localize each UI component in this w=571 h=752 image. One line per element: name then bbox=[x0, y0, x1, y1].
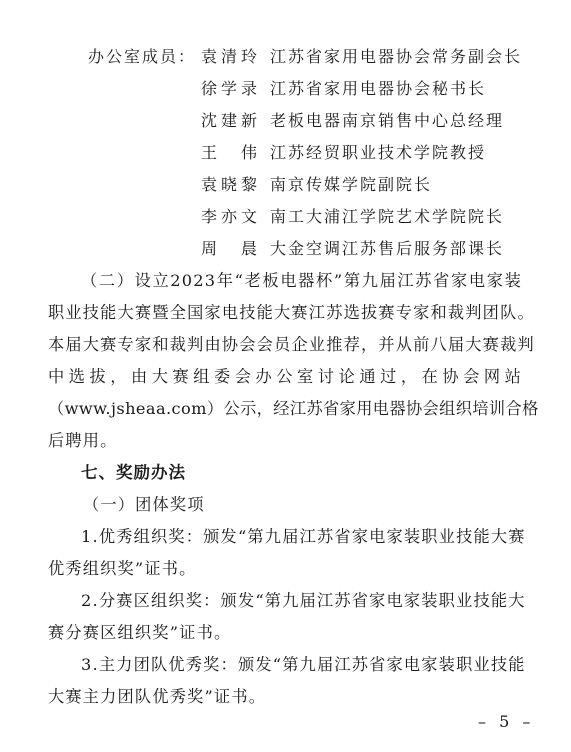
award-item-line: 优秀组织奖”证书。 bbox=[48, 553, 522, 585]
page-number: – 5 – bbox=[478, 712, 534, 732]
award-item-line: 大赛主力团队优秀奖”证书。 bbox=[48, 681, 522, 713]
paragraph-line: （www.jsheaa.com）公示，经江苏省家用电器协会组织培训合格 bbox=[48, 393, 522, 425]
member-title: 江苏省家用电器协会常务副会长 bbox=[270, 41, 522, 73]
award-item-line: 1.优秀组织奖：颁发“第九届江苏省家电家装职业技能大赛 bbox=[81, 521, 522, 553]
member-name: 袁清玲 bbox=[201, 41, 257, 73]
member-name: 袁晓黎 bbox=[201, 169, 257, 201]
award-item-line: 3.主力团队优秀奖：颁发“第九届江苏省家电家装职业技能 bbox=[81, 649, 522, 681]
subsection-heading: （一）团体奖项 bbox=[83, 489, 524, 521]
paragraph-line: 本届大赛专家和裁判由协会会员企业推荐，并从前八届大赛裁判 bbox=[48, 329, 522, 361]
section-heading: 七、奖励办法 bbox=[81, 457, 186, 489]
paragraph-line: 职业技能大赛暨全国家电技能大赛江苏选拔赛专家和裁判团队。 bbox=[48, 297, 522, 329]
member-name: 徐学录 bbox=[201, 73, 257, 105]
member-title: 老板电器南京销售中心总经理 bbox=[270, 105, 504, 137]
member-title: 大金空调江苏售后服务部课长 bbox=[270, 233, 504, 265]
member-title: 南工大浦江学院艺术学院院长 bbox=[270, 201, 504, 233]
paragraph-line: （二）设立2023年“老板电器杯”第九届江苏省家电家装 bbox=[81, 265, 522, 297]
award-item-line: 2.分赛区组织奖：颁发“第九届江苏省家电家装职业技能大 bbox=[81, 585, 522, 617]
member-name: 王伟 bbox=[201, 137, 257, 169]
award-item-line: 赛分赛区组织奖”证书。 bbox=[48, 617, 522, 649]
paragraph-line: 中选拔，由大赛组委会办公室讨论通过，在协会网站 bbox=[48, 361, 522, 393]
member-title: 江苏经贸职业技术学院教授 bbox=[270, 137, 486, 169]
paragraph-line: 后聘用。 bbox=[48, 425, 522, 457]
member-name: 周晨 bbox=[201, 233, 257, 265]
member-title: 南京传媒学院副院长 bbox=[270, 169, 432, 201]
office-members-label: 办公室成员： bbox=[88, 41, 196, 73]
member-title: 江苏省家用电器协会秘书长 bbox=[270, 73, 486, 105]
member-name: 沈建新 bbox=[201, 105, 257, 137]
member-name: 李亦文 bbox=[201, 201, 257, 233]
